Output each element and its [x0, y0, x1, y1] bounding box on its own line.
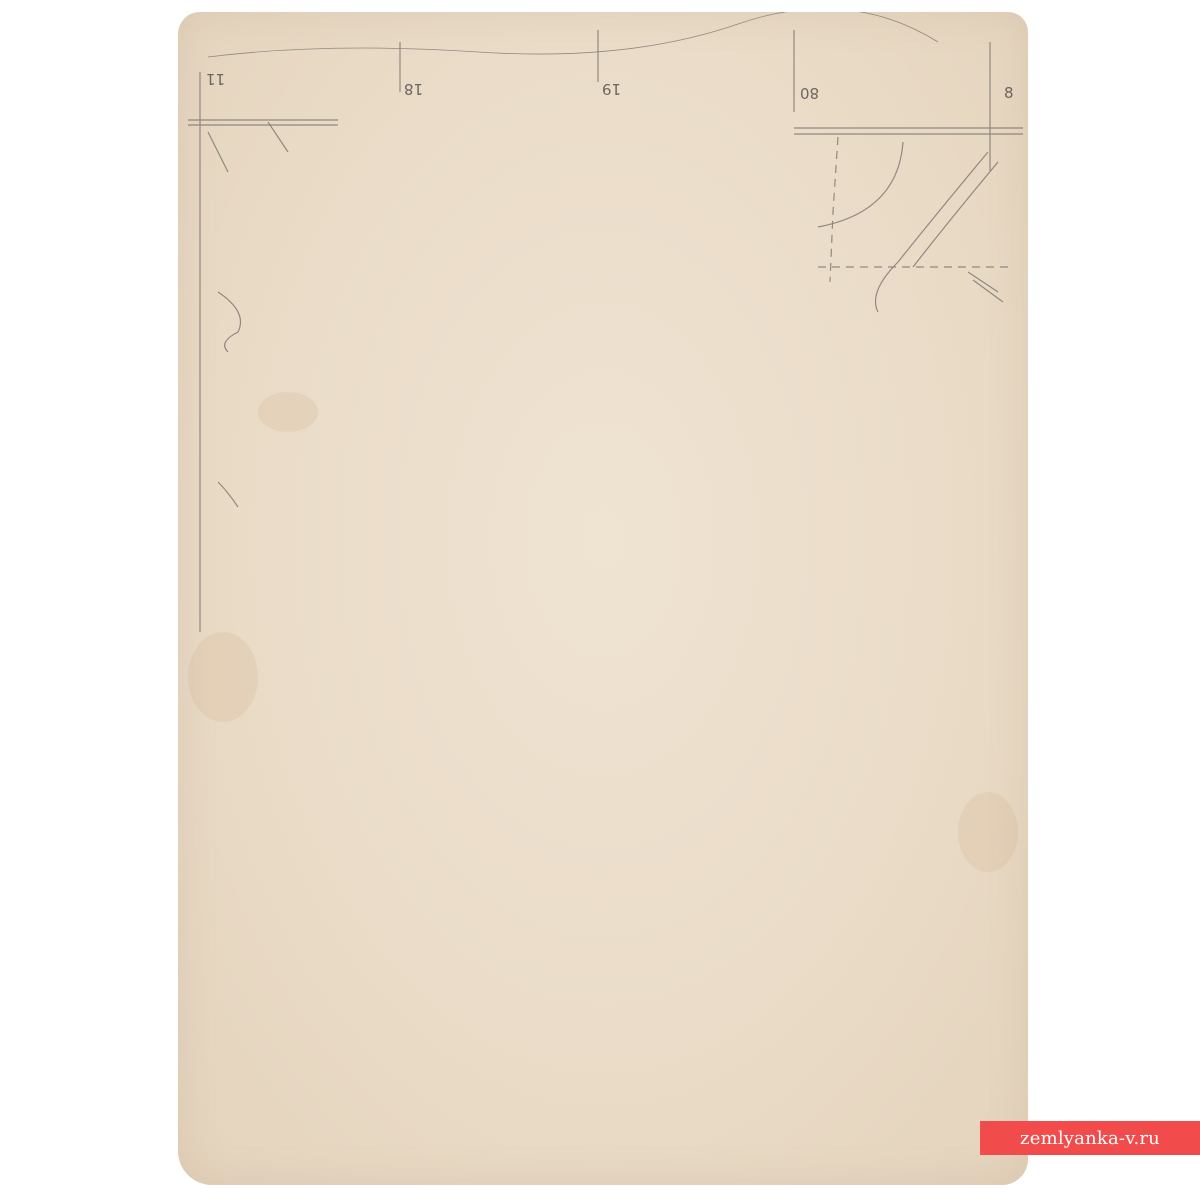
watermark-badge: zemlyanka-v.ru [980, 1121, 1200, 1155]
grid-label: 8 [1004, 84, 1014, 102]
grid-label: 18 [404, 80, 423, 98]
grid-label: 19 [602, 80, 621, 98]
pencil-map-marks [178, 12, 1028, 1185]
grid-label: 80 [800, 84, 819, 102]
paper-card: 11 18 19 80 8 [178, 12, 1028, 1185]
grid-label: 11 [206, 70, 225, 88]
